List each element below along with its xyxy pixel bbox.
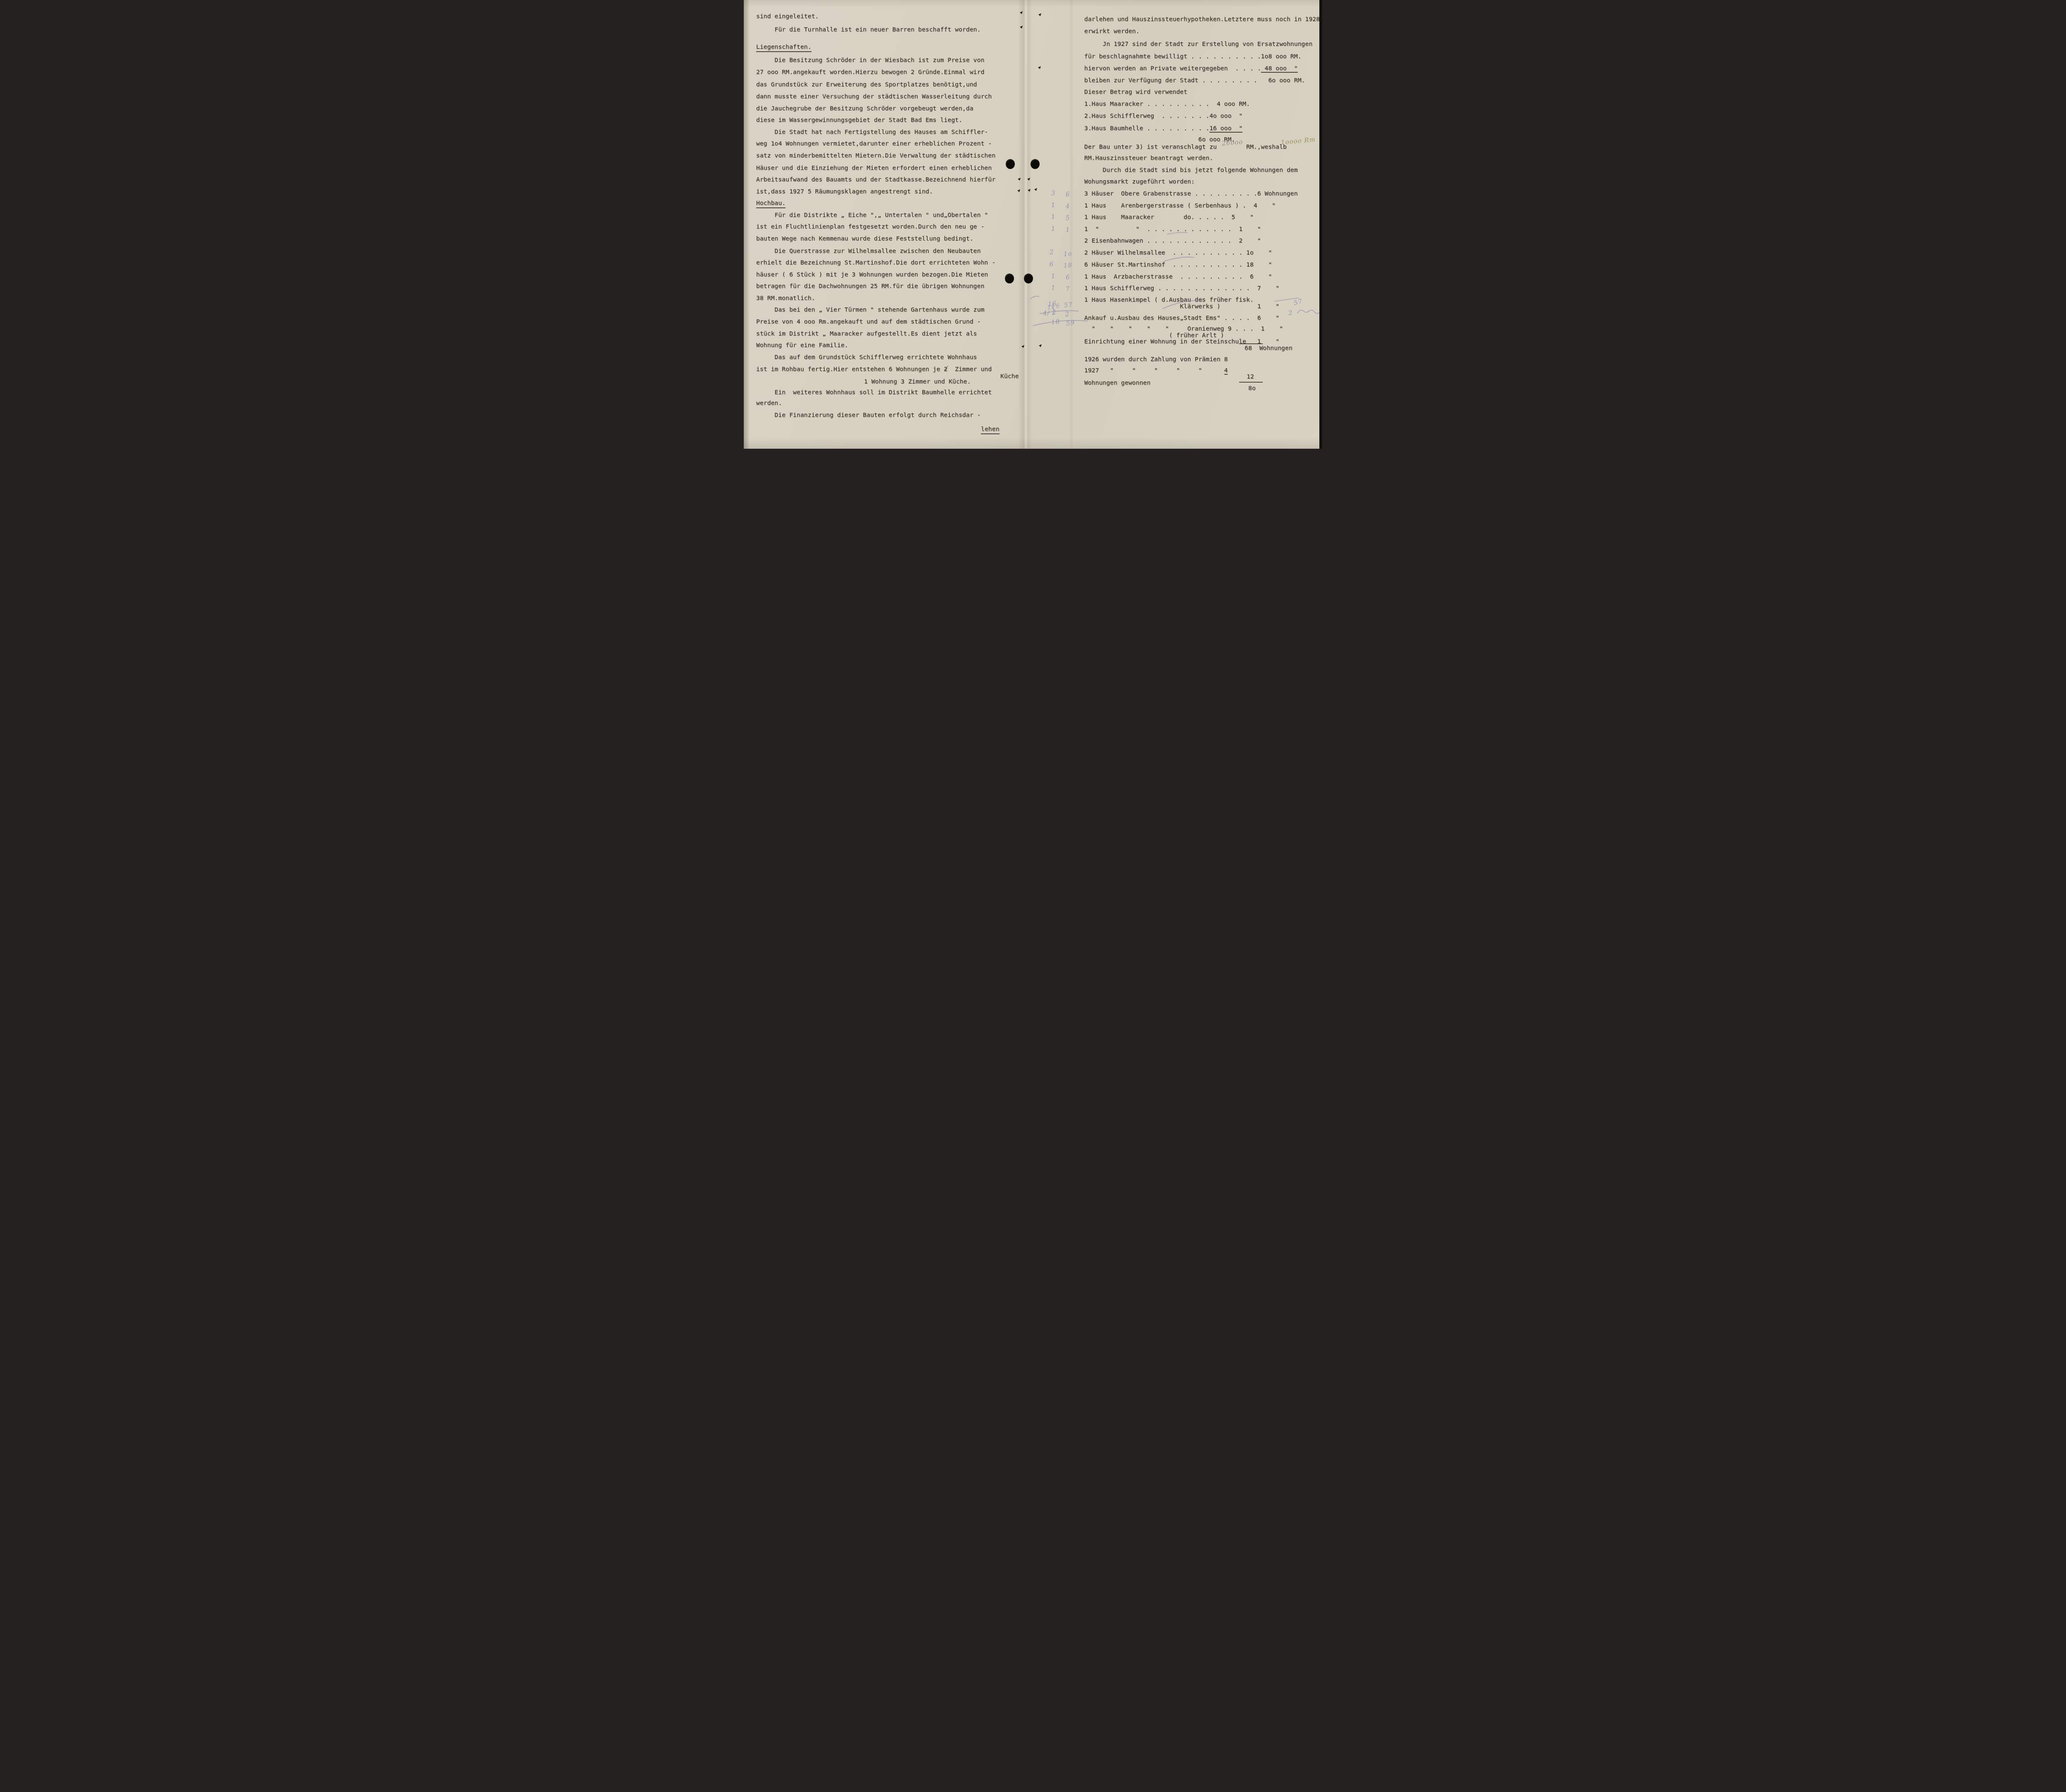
line-text: 3.Haus Baumhelle . . . . . . . . . xyxy=(1084,125,1209,132)
typed-line: Jn 1927 sind der Stadt zur Erstellung vo… xyxy=(1084,40,1312,48)
housing-list-row: 3 Häuser Obere Grabenstrasse . . . . . .… xyxy=(1084,190,1298,198)
typed-line: Häuser und die Einziehung der Mieten erf… xyxy=(756,164,992,172)
scan-right-border xyxy=(1319,0,1322,449)
typed-line: Für die Turnhalle ist ein neuer Barren b… xyxy=(756,26,981,33)
margin-sum-total: 18 xyxy=(1051,318,1060,326)
typed-line: ist ein Fluchtlinienplan festgesetzt wor… xyxy=(756,223,984,231)
typed-line-amount: bleiben zur Verfügung der Stadt . . . . … xyxy=(1084,77,1305,84)
underlined-amount: 48 ooo " xyxy=(1261,65,1298,73)
housing-list-row: 1 Haus Maaracker do. . . . . 5 " xyxy=(1084,214,1254,221)
typed-line: das Grundstück zur Erweiterung des Sport… xyxy=(756,81,977,88)
typed-line: diese im Wassergewinnungsgebiet der Stad… xyxy=(756,117,962,124)
housing-list-row: 1 " " . . . . . . . . . . . . 1 " xyxy=(1084,226,1261,233)
margin-tally: 2 xyxy=(1049,248,1054,256)
typed-line: dann musste einer Versuchung der städtis… xyxy=(756,93,992,100)
section-heading-hochbau: Hochbau. xyxy=(756,200,785,208)
punch-hole xyxy=(1006,159,1015,169)
typed-line: Wohungsmarkt zugeführt worden: xyxy=(1084,178,1195,186)
right-margin-note: 2 xyxy=(1288,309,1293,317)
typed-line: Durch die Stadt sind bis jetzt folgende … xyxy=(1084,167,1298,174)
typed-line-amount: für beschlagnahmte bewilligt . . . . . .… xyxy=(1084,53,1302,60)
punch-hole xyxy=(1005,274,1014,283)
margin-tally: 6 xyxy=(1065,274,1070,281)
margin-tally: 3 xyxy=(1051,189,1056,197)
subtotal-value: 12 xyxy=(1247,373,1254,381)
margin-tally: 1 xyxy=(1051,225,1056,233)
typed-line: werden. xyxy=(756,400,782,407)
margin-tally: 6 xyxy=(1049,260,1054,268)
typed-line: darlehen und Hauszinssteuerhypotheken.Le… xyxy=(1084,16,1320,23)
margin-tally: 6 xyxy=(1065,190,1070,198)
typed-line: Wohnung für eine Familie. xyxy=(756,342,848,349)
margin-tally: 18 xyxy=(1063,261,1073,269)
typed-line: Die Stadt hat nach Fertigstellung des Ha… xyxy=(756,129,988,136)
ink-speck xyxy=(1038,66,1041,69)
typed-line: sind eingeleitet. xyxy=(756,13,819,20)
margin-tally: 7 xyxy=(1065,285,1070,293)
margin-tally: 1 xyxy=(1051,213,1056,221)
bottom-shadow xyxy=(744,438,1322,449)
typed-line: Das auf dem Grundstück Schifflerweg erri… xyxy=(756,354,977,361)
handwritten-tax-amount: 1oooo Rm xyxy=(1281,136,1316,146)
punch-hole xyxy=(1031,159,1040,169)
typed-insert-kueche: Küche xyxy=(1000,373,1019,380)
typed-line-amount: 1.Haus Maaracker . . . . . . . . . 4 ooo… xyxy=(1084,100,1250,108)
typed-line: Arbeitsaufwand des Bauamts und der Stadt… xyxy=(756,176,995,183)
typed-line: ist,dass 1927 5 Räumungsklagen angestren… xyxy=(756,188,933,195)
typed-line: erhielt die Bezeichnung St.Martinshof.Di… xyxy=(756,259,995,267)
typed-line: 38 RM.monatlich. xyxy=(756,295,815,302)
grand-total: 8o xyxy=(1248,385,1256,392)
margin-sum: 2 xyxy=(1065,310,1070,318)
line-text: 1927 " " " " " xyxy=(1084,367,1224,374)
typed-line: die Jauchegrube der Besitzung Schröder v… xyxy=(756,105,973,112)
typed-line: Der Bau unter 3) ist veranschlagt zu RM.… xyxy=(1084,143,1287,151)
underlined-amount: 4 xyxy=(1224,367,1228,375)
typed-line: betragen für die Dachwohnungen 25 RM.für… xyxy=(756,283,984,290)
center-fold-crease xyxy=(1018,0,1032,449)
margin-tally: 1 xyxy=(1051,201,1056,209)
typed-line: Dieser Betrag wird verwendet xyxy=(1084,88,1187,96)
sum-rule xyxy=(1239,382,1263,383)
typed-line: Die Querstrasse zur Wilhelmsallee zwisch… xyxy=(756,248,981,255)
typed-line: ist im Rohbau fertig.Hier entstehen 6 Wo… xyxy=(756,366,992,373)
margin-sum: 4/ 2 xyxy=(1043,309,1057,317)
housing-list-row: 2 Eisenbahnwagen . . . . . . . . . . . .… xyxy=(1084,237,1261,245)
typed-line: Das bei den „ Vier Türmen " stehende Gar… xyxy=(756,306,984,314)
typed-line: satz von minderbemittelten Mietern.Die V… xyxy=(756,152,995,159)
margin-sum: 57 xyxy=(1064,301,1073,309)
ink-speck xyxy=(1038,13,1041,16)
ink-speck xyxy=(1039,344,1042,347)
margin-tally: 1 xyxy=(1051,284,1056,292)
scanned-document-page: sind eingeleitet. Für die Turnhalle ist … xyxy=(744,0,1322,449)
typed-line: Die Besitzung Schröder in der Wiesbach i… xyxy=(756,57,984,64)
housing-total: 68 Wohnungen xyxy=(1245,345,1292,352)
typed-line: 1926 wurden durch Zahlung von Prämien 8 xyxy=(1084,356,1228,363)
punch-hole xyxy=(1024,274,1033,283)
margin-tally: 1 xyxy=(1051,272,1056,280)
secondary-crease xyxy=(1069,0,1073,449)
typed-line: häuser ( 6 Stück ) mit je 3 Wohnungen wu… xyxy=(756,271,988,278)
housing-list-row: 1 Haus Arzbacherstrasse . . . . . . . . … xyxy=(1084,273,1272,281)
margin-tally: 4 xyxy=(1065,202,1070,210)
typed-line: stück im Distrikt „ Maaracker aufgestell… xyxy=(756,330,977,338)
right-margin-note: 57 xyxy=(1293,297,1303,307)
typed-line: 1 Wohnung 3 Zimmer und Küche. xyxy=(864,378,971,386)
typed-line: 1927 " " " " " 4 xyxy=(1084,367,1228,374)
housing-list-row: 1 Haus Arenbergerstrasse ( Serbenhaus ) … xyxy=(1084,202,1276,209)
line-text: hiervon werden an Private weitergegeben … xyxy=(1084,65,1261,72)
margin-tally: 1o xyxy=(1063,250,1072,258)
housing-list-row: 2 Häuser Wilhelmsallee . . . . . . . . .… xyxy=(1084,249,1272,257)
underlined-amount: 16 ooo " xyxy=(1209,125,1242,133)
top-shadow xyxy=(744,0,1322,7)
typed-line: Preise von 4 ooo Rm.angekauft und auf de… xyxy=(756,318,981,326)
section-heading-liegenschaften: Liegenschaften. xyxy=(756,43,812,52)
typed-line: Für die Distrikte „ Eiche ",„ Untertalen… xyxy=(756,212,988,219)
housing-list-row: 6 Häuser St.Martinshof . . . . . . . . .… xyxy=(1084,261,1272,269)
housing-list-row: Klärwerks ) 1 " xyxy=(1084,303,1279,310)
margin-tally: 5 xyxy=(1065,214,1070,222)
typed-line: Ein weiteres Wohnhaus soll im Distrikt B… xyxy=(756,389,992,396)
typed-line: Wohnungen gewonnen xyxy=(1084,379,1150,387)
sum-rule xyxy=(1239,343,1263,344)
paper-left-edge-shadow xyxy=(744,0,750,449)
typed-line-amount: hiervon werden an Private weitergegeben … xyxy=(1084,65,1298,72)
housing-list-row: Ankauf u.Ausbau des Hauses„Stadt Ems" . … xyxy=(1084,314,1279,322)
ink-speck xyxy=(1034,188,1037,191)
typed-line: 27 ooo RM.angekauft worden.Hierzu bewoge… xyxy=(756,69,984,76)
margin-tally: 1 xyxy=(1065,226,1070,234)
typed-line-amount: 3.Haus Baumhelle . . . . . . . . .16 ooo… xyxy=(1084,125,1242,132)
typed-line: bauten Wege nach Kemmenau wurde diese Fe… xyxy=(756,235,973,243)
margin-sum-total: 59 xyxy=(1066,319,1075,327)
typed-line: weg 1o4 Wohnungen vermietet,darunter ein… xyxy=(756,140,992,148)
catchword-lehen: lehen xyxy=(981,426,1000,434)
typed-line: erwirkt werden. xyxy=(1084,28,1140,35)
typed-line-amount: 2.Haus Schifflerweg . . . . . . .4o ooo … xyxy=(1084,112,1242,120)
housing-list-row: 1 Haus Schifflerweg . . . . . . . . . . … xyxy=(1084,285,1279,292)
typed-line: RM.Hauszinssteuer beantragt werden. xyxy=(1084,155,1213,162)
typed-line: Die Finanzierung dieser Bauten erfolgt d… xyxy=(756,412,981,419)
